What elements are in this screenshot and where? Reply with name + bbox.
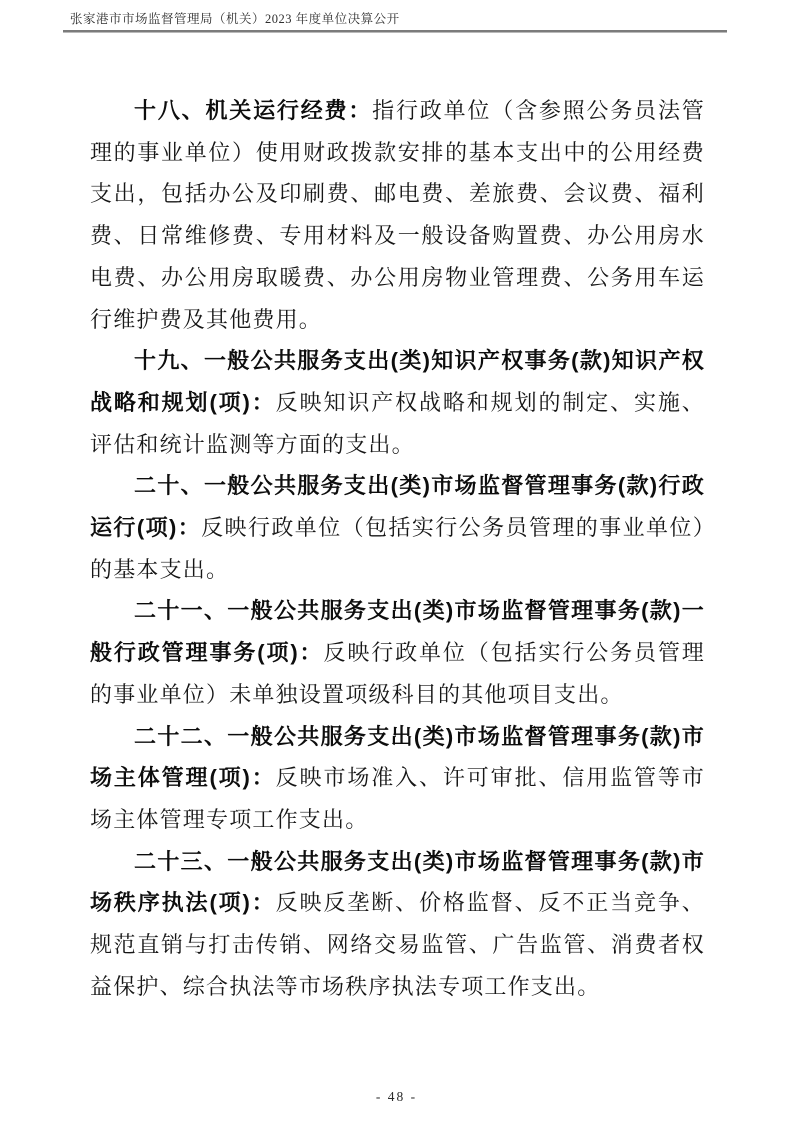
paragraph-22: 二十二、一般公共服务支出(类)市场监督管理事务(款)市场主体管理(项)：反映市场… bbox=[90, 716, 705, 841]
document-body: 十八、机关运行经费：指行政单位（含参照公务员法管理的事业单位）使用财政拨款安排的… bbox=[90, 90, 705, 1007]
paragraph-20: 二十、一般公共服务支出(类)市场监督管理事务(款)行政运行(项)：反映行政单位（… bbox=[90, 465, 705, 590]
paragraph-21: 二十一、一般公共服务支出(类)市场监督管理事务(款)一般行政管理事务(项)：反映… bbox=[90, 590, 705, 715]
paragraph-19: 十九、一般公共服务支出(类)知识产权事务(款)知识产权战略和规划(项)：反映知识… bbox=[90, 340, 705, 465]
paragraph-18-body: 指行政单位（含参照公务员法管理的事业单位）使用财政拨款安排的基本支出中的公用经费… bbox=[90, 98, 705, 332]
header-divider bbox=[63, 30, 727, 33]
paragraph-23: 二十三、一般公共服务支出(类)市场监督管理事务(款)市场秩序执法(项)：反映反垄… bbox=[90, 841, 705, 1008]
paragraph-18: 十八、机关运行经费：指行政单位（含参照公务员法管理的事业单位）使用财政拨款安排的… bbox=[90, 90, 705, 340]
paragraph-18-term: 十八、机关运行经费： bbox=[134, 98, 372, 123]
page-number: - 48 - bbox=[0, 1089, 793, 1105]
document-page: 张家港市市场监督管理局（机关）2023 年度单位决算公开 十八、机关运行经费：指… bbox=[0, 0, 793, 1122]
document-header-title: 张家港市市场监督管理局（机关）2023 年度单位决算公开 bbox=[70, 11, 400, 27]
